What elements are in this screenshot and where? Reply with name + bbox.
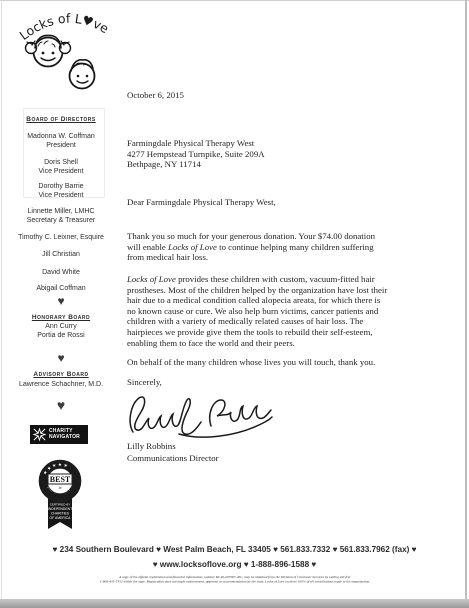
page-top-edge	[0, 0, 469, 1]
charity-navigator-badge: CHARITY NAVIGATOR	[30, 425, 88, 444]
logo-boy-face	[70, 60, 95, 89]
signature-block: Lilly Robbins Communications Director	[127, 441, 465, 464]
svg-text:CERTIFIED BY: CERTIFIED BY	[50, 503, 71, 507]
locks-of-love-logo: Locks of L♥ve	[14, 6, 114, 98]
board-member: Madonna W. Coffman President	[2, 132, 120, 151]
footer-fine-print: A copy of the official registration and …	[0, 575, 469, 584]
board-member: David White	[2, 268, 120, 277]
salutation: Dear Farmingdale Physical Therapy West,	[127, 197, 465, 208]
board-member: Jill Christian	[2, 250, 120, 259]
advisory-member: Lawrence Schachner, M.D.	[2, 380, 120, 389]
best-in-america-seal: CERTIFIED BY INDEPENDENT CHARITIES OF AM…	[31, 457, 89, 533]
scan-bottom-band	[0, 599, 469, 608]
heart-icon: ♥	[2, 295, 120, 307]
page-left-edge	[1, 0, 2, 600]
board-member: Linnette Miller, LMHC Secretary & Treasu…	[2, 207, 120, 226]
svg-text:OF AMERICA: OF AMERICA	[50, 516, 72, 520]
honorary-board-title: Honorary Board	[2, 314, 120, 321]
closing: Sincerely,	[127, 377, 465, 388]
svg-text:INDEPENDENT: INDEPENDENT	[48, 507, 72, 511]
logo-arc-text: Locks of L♥ve	[17, 11, 112, 43]
paragraph-2: Locks of Love provides these children wi…	[127, 274, 465, 348]
scanned-letter-page: Locks of L♥ve Board of Directors Madon	[0, 0, 469, 608]
board-member: Doris Shell Vice President	[2, 158, 120, 177]
recipient-address: Farmingdale Physical Therapy West 4277 H…	[127, 138, 465, 170]
letter-date: October 6, 2015	[127, 90, 465, 101]
svg-text:BEST: BEST	[50, 475, 71, 484]
page-right-edge	[465, 0, 467, 600]
signer-name: Lilly Robbins	[127, 441, 465, 453]
svg-text:Locks of L♥ve: Locks of L♥ve	[17, 11, 112, 43]
advisory-board-title: Advisory Board	[2, 371, 120, 378]
board-of-directors-title: Board of Directors	[2, 116, 120, 123]
signer-title: Communications Director	[127, 453, 465, 465]
heart-icon: ♥	[2, 352, 120, 364]
svg-text:CHARITIES: CHARITIES	[51, 512, 70, 516]
svg-text:in: in	[59, 486, 62, 490]
charity-navigator-compass-icon	[32, 427, 47, 442]
paragraph-1: Thank you so much for your generous dona…	[127, 231, 465, 263]
board-member: Timothy C. Leixner, Esquire	[2, 233, 120, 242]
footer-address-line: ♥ 234 Southern Boulevard ♥ West Palm Bea…	[0, 545, 469, 554]
board-member: Abigail Coffman	[2, 284, 120, 293]
honorary-members: Ann Curry Portia de Rossi	[2, 322, 120, 341]
paragraph-3: On behalf of the many children whose liv…	[127, 357, 465, 368]
charity-navigator-label: CHARITY NAVIGATOR	[49, 429, 80, 441]
logo-girl-face	[26, 35, 71, 66]
handwritten-signature	[125, 388, 275, 440]
footer-contact-line: ♥ www.locksoflove.org ♥ 1-888-896-1588 ♥	[0, 560, 469, 569]
board-member: Dorothy Barrie Vice President	[2, 182, 120, 201]
heart-icon: ♥	[2, 399, 120, 411]
